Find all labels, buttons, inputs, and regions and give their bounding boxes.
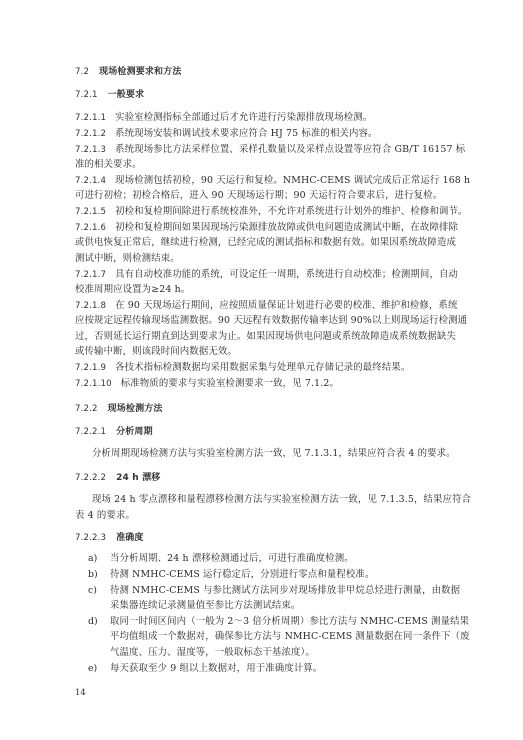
section-title: 分析周期 <box>116 427 153 437</box>
list-label: d) <box>88 616 98 628</box>
clause-continuation: 测试中断，则检测结束。 <box>75 253 455 265</box>
list-label: e) <box>88 663 97 675</box>
clause-7-2-1-6: 7.2.1.6初检和复检期间如果因现场污染源排放故障或供电问题造成测试中断，在故… <box>75 222 455 234</box>
clause-text: 具有自动校准功能的系统，可设定任一周期，系统进行自动校准；检测期间，自动 <box>115 269 458 280</box>
clause-7-2-1-7: 7.2.1.7具有自动校准功能的系统，可设定任一周期，系统进行自动校准；检测期间… <box>75 269 455 281</box>
list-label: b) <box>88 569 98 581</box>
list-text: 采集器连续记录测量值至参比方法测试结束。 <box>110 600 301 612</box>
list-text: 每天获取至少 9 组以上数据对，用于准确度计算。 <box>110 663 322 675</box>
clause-7-2-1-5: 7.2.1.5初检和复检期间除进行系统校准外，不允许对系统进行计划外的维护、检修… <box>75 206 455 218</box>
clause-number: 7.2.1.9 <box>75 363 106 373</box>
section-title: 24 h 漂移 <box>116 473 160 483</box>
clause-number: 7.2.1.5 <box>75 207 106 217</box>
clause-continuation: 可进行初检；初检合格后，进入 90 天现场运行期；90 天运行符合要求后，进行复… <box>75 190 455 202</box>
clause-text: 初检和复检期间除进行系统校准外，不允许对系统进行计划外的维护、检修和调节。 <box>115 206 467 217</box>
section-number: 7.2.2.1 <box>75 427 106 437</box>
clause-text: 初检和复检期间如果因现场污染源排放故障或供电问题造成测试中断，在故障排除 <box>115 222 458 233</box>
clause-7-2-1-9: 7.2.1.9各技术指标检测数据均采用数据采集与处理单元存储记录的最终结果。 <box>75 362 455 374</box>
section-heading-7-2-2-2: 7.2.2.224 h 漂移 <box>75 472 455 484</box>
clause-text: 现场检测包括初检，90 天运行和复检。NMHC-CEMS 调试完成后正常运行 1… <box>115 175 470 186</box>
clause-7-2-1-10: 7.2.1.10标准物质的要求与实验室检测要求一致，见 7.1.2。 <box>75 378 455 390</box>
list-text: 平均值组成一个数据对，确保参比方法与 NMHC-CEMS 测量数据在同一条件下（… <box>110 631 470 643</box>
clause-number: 7.2.1.4 <box>75 176 106 186</box>
clause-7-2-1-2: 7.2.1.2系统现场安装和调试技术要求应符合 HJ 75 标准的相关内容。 <box>75 128 455 140</box>
list-text: 气温度、压力、湿度等，一般取标态干基浓度）。 <box>110 647 315 659</box>
clause-continuation: 应按规定远程传输现场监测数据。90 天远程有效数据传输率达到 90%以上则现场运… <box>75 315 455 327</box>
paragraph-7-2-2-2: 现场 24 h 零点漂移和量程漂移检测方法与实验室检测方法一致，见 7.1.3.… <box>92 494 472 506</box>
list-text: 当分析周期、24 h 漂移检测通过后，可进行准确度检测。 <box>110 553 354 565</box>
clause-text: 在 90 天现场运行期间，应按照质量保证计划进行必要的校准、维护和检修，系统 <box>115 300 457 311</box>
clause-number: 7.2.1.2 <box>75 129 106 139</box>
section-heading-7-2-1: 7.2.1一般要求 <box>75 89 455 101</box>
document-page: 7.2现场检测要求和方法 7.2.1一般要求 7.2.1.1实验室检测指标全部通… <box>0 0 523 740</box>
section-number: 7.2 <box>75 67 89 77</box>
clause-text: 系统现场参比方法采样位置、采样孔数量以及采样点设置等应符合 GB/T 16157… <box>115 144 465 155</box>
clause-text: 标准物质的要求与实验室检测要求一致，见 7.1.2。 <box>121 378 339 389</box>
section-number: 7.2.2 <box>75 404 98 414</box>
clause-number: 7.2.1.8 <box>75 301 106 311</box>
clause-continuation: 校准周期应设置为≥24 h。 <box>75 284 455 296</box>
list-text: 待测 NMHC-CEMS 与参比测试方法同步对现场排放非甲烷总烃进行测量，由数据 <box>110 585 460 597</box>
clause-text: 实验室检测指标全部通过后才允许进行污染源排放现场检测。 <box>115 112 372 123</box>
clause-continuation: 或供电恢复正常后，继续进行检测，已经完成的测试指标和数据有效。如果因系统故障造成 <box>75 237 455 249</box>
section-heading-7-2-2-1: 7.2.2.1分析周期 <box>75 426 455 438</box>
list-label: a) <box>88 553 97 565</box>
clause-text: 各技术指标检测数据均采用数据采集与处理单元存储记录的最终结果。 <box>115 362 410 373</box>
clause-continuation: 过，否则延长运行期直到达到要求为止。如果因现场供电问题或系统故障造成系统数据缺失 <box>75 331 455 343</box>
clause-number: 7.2.1.3 <box>75 145 106 155</box>
paragraph-continuation: 表 4 的要求。 <box>75 510 455 522</box>
clause-number: 7.2.1.10 <box>75 379 112 389</box>
list-text: 待测 NMHC-CEMS 运行稳定后，分别进行零点和量程校准。 <box>110 569 374 581</box>
clause-7-2-1-3: 7.2.1.3系统现场参比方法采样位置、采样孔数量以及采样点设置等应符合 GB/… <box>75 144 455 156</box>
section-heading-7-2-2-3: 7.2.2.3准确度 <box>75 532 455 544</box>
clause-continuation: 或传输中断，则该段时间内数据无效。 <box>75 346 455 358</box>
clause-continuation: 准的相关要求。 <box>75 159 455 171</box>
clause-number: 7.2.1.1 <box>75 113 106 123</box>
paragraph-7-2-2-1: 分析周期现场检测方法与实验室检测方法一致，见 7.1.3.1，结果应符合表 4 … <box>92 448 472 460</box>
clause-7-2-1-8: 7.2.1.8在 90 天现场运行期间，应按照质量保证计划进行必要的校准、维护和… <box>75 300 455 312</box>
section-heading-7-2-2: 7.2.2现场检测方法 <box>75 403 455 415</box>
section-heading-7-2: 7.2现场检测要求和方法 <box>75 66 455 78</box>
section-title: 准确度 <box>116 533 143 543</box>
list-label: c) <box>88 585 97 597</box>
clause-number: 7.2.1.6 <box>75 223 106 233</box>
clause-7-2-1-4: 7.2.1.4现场检测包括初检，90 天运行和复检。NMHC-CEMS 调试完成… <box>75 175 455 187</box>
clause-text: 系统现场安装和调试技术要求应符合 HJ 75 标准的相关内容。 <box>115 128 377 139</box>
section-title: 一般要求 <box>108 90 145 100</box>
clause-number: 7.2.1.7 <box>75 270 106 280</box>
section-number: 7.2.1 <box>75 90 98 100</box>
section-number: 7.2.2.2 <box>75 473 106 483</box>
section-title: 现场检测要求和方法 <box>99 67 181 77</box>
section-title: 现场检测方法 <box>108 404 163 414</box>
page-number: 14 <box>75 688 86 698</box>
section-number: 7.2.2.3 <box>75 533 106 543</box>
list-text: 取同一时间区间内（一般为 2～3 倍分析周期）参比方法与 NMHC-CEMS 测… <box>110 616 469 628</box>
clause-7-2-1-1: 7.2.1.1实验室检测指标全部通过后才允许进行污染源排放现场检测。 <box>75 112 455 124</box>
